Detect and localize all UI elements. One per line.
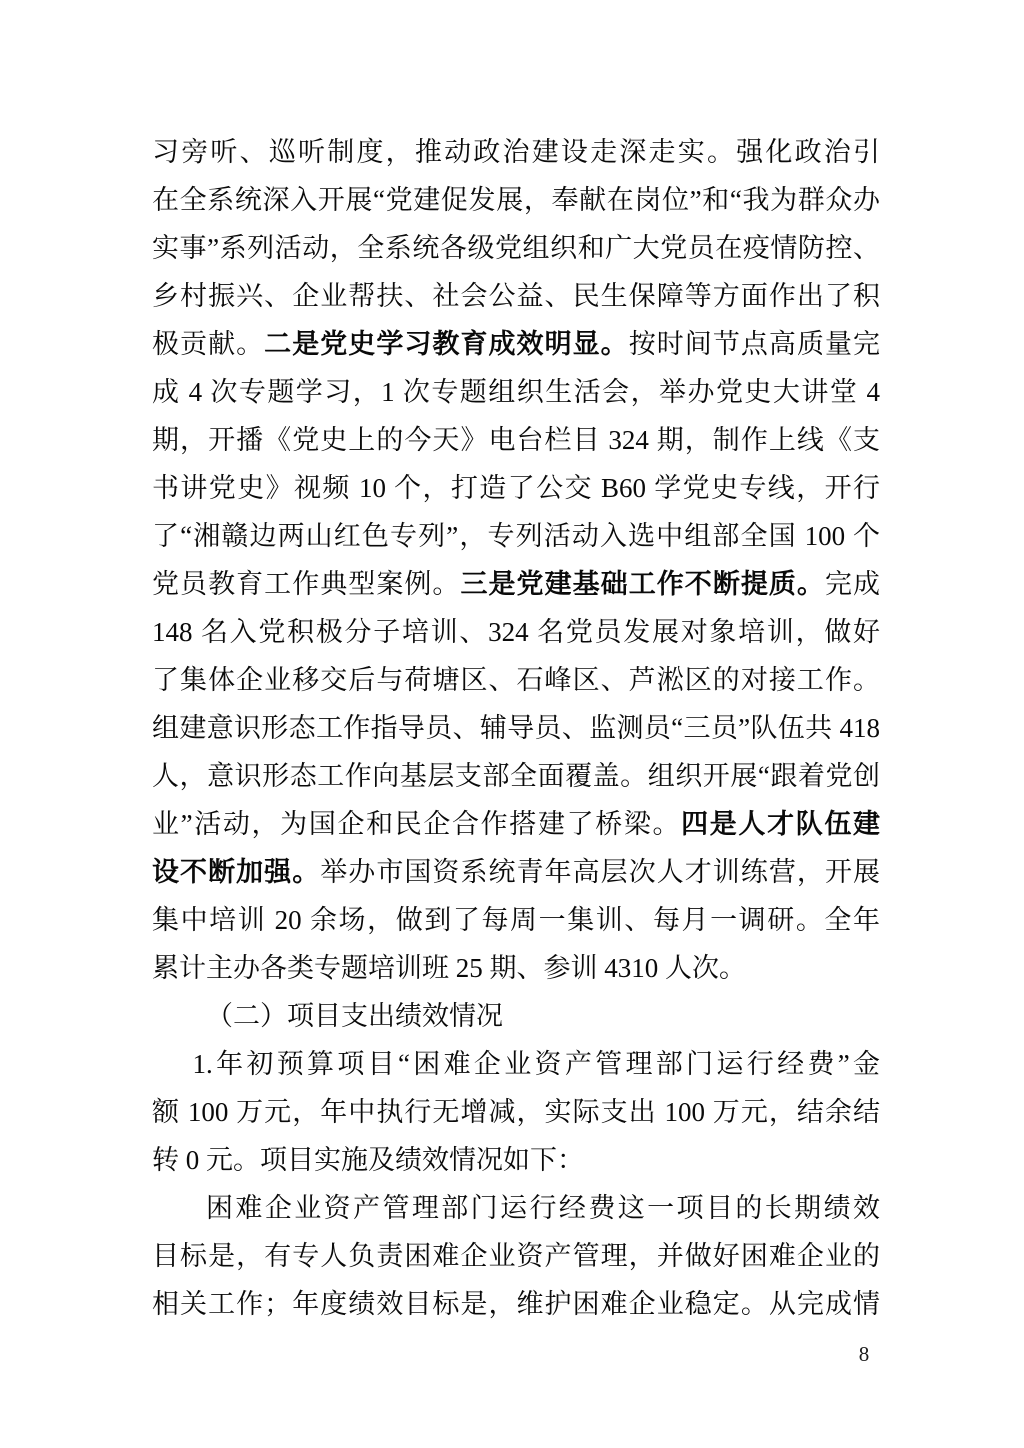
text-line: 极贡献。二是党史学习教育成效明显。按时间节点高质量完 (152, 320, 880, 368)
page-number: 8 (840, 1340, 888, 1368)
body-text: 举办市国资系统青年高层次人才训练营，开展 (320, 857, 880, 887)
text-line: 期，开播《党史上的今天》电台栏目 324 期，制作上线《支 (152, 416, 880, 464)
text-line: 乡村振兴、企业帮扶、社会公益、民生保障等方面作出了积 (152, 272, 880, 320)
text-line: （二）项目支出绩效情况 (152, 992, 880, 1040)
body-text: （二）项目支出绩效情况 (206, 1001, 503, 1031)
body-text: 业”活动，为国企和民企合作搭建了桥梁。 (152, 809, 681, 839)
text-line: 额 100 万元，年中执行无增减，实际支出 100 万元，结余结 (152, 1088, 880, 1136)
text-line: 在全系统深入开展“党建促发展，奉献在岗位”和“我为群众办 (152, 176, 880, 224)
text-line: 习旁听、巡听制度，推动政治建设走深走实。强化政治引领， (152, 128, 880, 176)
body-text: 党员教育工作典型案例。 (152, 569, 460, 599)
text-line: 书讲党史》视频 10 个，打造了公交 B60 学党史专线，开行 (152, 464, 880, 512)
body-text: 习旁听、巡听制度，推动政治建设走深走实。强化政治引领， (152, 137, 880, 176)
body-text: 实事”系列活动，全系统各级党组织和广大党员在疫情防控、 (152, 233, 880, 263)
body-text: 了“湘赣边两山红色专列”，专列活动入选中组部全国 100 个 (152, 521, 880, 551)
text-block: 习旁听、巡听制度，推动政治建设走深走实。强化政治引领，在全系统深入开展“党建促发… (152, 128, 880, 1328)
body-text: 相关工作；年度绩效目标是，维护困难企业稳定。从完成情 (152, 1289, 880, 1319)
text-line: 成 4 次专题学习，1 次专题组织生活会，举办党史大讲堂 4 (152, 368, 880, 416)
body-text: 人，意识形态工作向基层支部全面覆盖。组织开展“跟着党创 (152, 761, 880, 791)
text-line: 人，意识形态工作向基层支部全面覆盖。组织开展“跟着党创 (152, 752, 880, 800)
body-text: 组建意识形态工作指导员、辅导员、监测员“三员”队伍共 418 (152, 713, 880, 743)
body-text: 完成 (825, 569, 880, 599)
bold-emphasis-text: 二是党史学习教育成效明显。 (264, 329, 629, 359)
text-line: 组建意识形态工作指导员、辅导员、监测员“三员”队伍共 418 (152, 704, 880, 752)
body-text: 困难企业资产管理部门运行经费这一项目的长期绩效 (206, 1193, 880, 1223)
body-text: 目标是，有专人负责困难企业资产管理，并做好困难企业的 (152, 1241, 880, 1271)
text-line: 148 名入党积极分子培训、324 名党员发展对象培训，做好 (152, 608, 880, 656)
text-line: 实事”系列活动，全系统各级党组织和广大党员在疫情防控、 (152, 224, 880, 272)
text-line: 相关工作；年度绩效目标是，维护困难企业稳定。从完成情 (152, 1280, 880, 1328)
text-line: 累计主办各类专题培训班 25 期、参训 4310 人次。 (152, 944, 880, 992)
text-line: 设不断加强。举办市国资系统青年高层次人才训练营，开展 (152, 848, 880, 896)
body-text: 了集体企业移交后与荷塘区、石峰区、芦淞区的对接工作。 (152, 665, 880, 695)
text-line: 1.年初预算项目“困难企业资产管理部门运行经费”金 (152, 1040, 880, 1088)
body-text: 成 4 次专题学习，1 次专题组织生活会，举办党史大讲堂 4 (152, 377, 880, 407)
bold-emphasis-text: 三是党建基础工作不断提质。 (460, 569, 825, 599)
text-line: 目标是，有专人负责困难企业资产管理，并做好困难企业的 (152, 1232, 880, 1280)
body-text: 148 名入党积极分子培训、324 名党员发展对象培训，做好 (152, 617, 880, 647)
body-text: 按时间节点高质量完 (629, 329, 880, 359)
body-text: 期，开播《党史上的今天》电台栏目 324 期，制作上线《支 (152, 425, 880, 455)
text-line: 业”活动，为国企和民企合作搭建了桥梁。四是人才队伍建 (152, 800, 880, 848)
body-text: 极贡献。 (152, 329, 264, 359)
body-text: 集中培训 20 余场，做到了每周一集训、每月一调研。全年 (152, 905, 880, 935)
body-text: 1.年初预算项目“困难企业资产管理部门运行经费”金 (193, 1049, 881, 1079)
text-line: 转 0 元。项目实施及绩效情况如下： (152, 1136, 880, 1184)
text-line: 了“湘赣边两山红色专列”，专列活动入选中组部全国 100 个 (152, 512, 880, 560)
bold-emphasis-text: 设不断加强。 (152, 857, 320, 887)
body-text: 累计主办各类专题培训班 25 期、参训 4310 人次。 (152, 953, 746, 983)
body-text: 在全系统深入开展“党建促发展，奉献在岗位”和“我为群众办 (152, 185, 880, 215)
text-line: 集中培训 20 余场，做到了每周一集训、每月一调研。全年 (152, 896, 880, 944)
body-text: 转 0 元。项目实施及绩效情况如下： (152, 1145, 584, 1175)
body-text: 书讲党史》视频 10 个，打造了公交 B60 学党史专线，开行 (152, 473, 880, 503)
body-text: 额 100 万元，年中执行无增减，实际支出 100 万元，结余结 (152, 1097, 880, 1127)
bold-emphasis-text: 四是人才队伍建 (681, 809, 880, 839)
body-text: 乡村振兴、企业帮扶、社会公益、民生保障等方面作出了积 (152, 281, 880, 311)
text-line: 党员教育工作典型案例。三是党建基础工作不断提质。完成 (152, 560, 880, 608)
document-page: 习旁听、巡听制度，推动政治建设走深走实。强化政治引领，在全系统深入开展“党建促发… (0, 0, 1024, 1448)
text-line: 了集体企业移交后与荷塘区、石峰区、芦淞区的对接工作。 (152, 656, 880, 704)
text-line: 困难企业资产管理部门运行经费这一项目的长期绩效 (152, 1184, 880, 1232)
